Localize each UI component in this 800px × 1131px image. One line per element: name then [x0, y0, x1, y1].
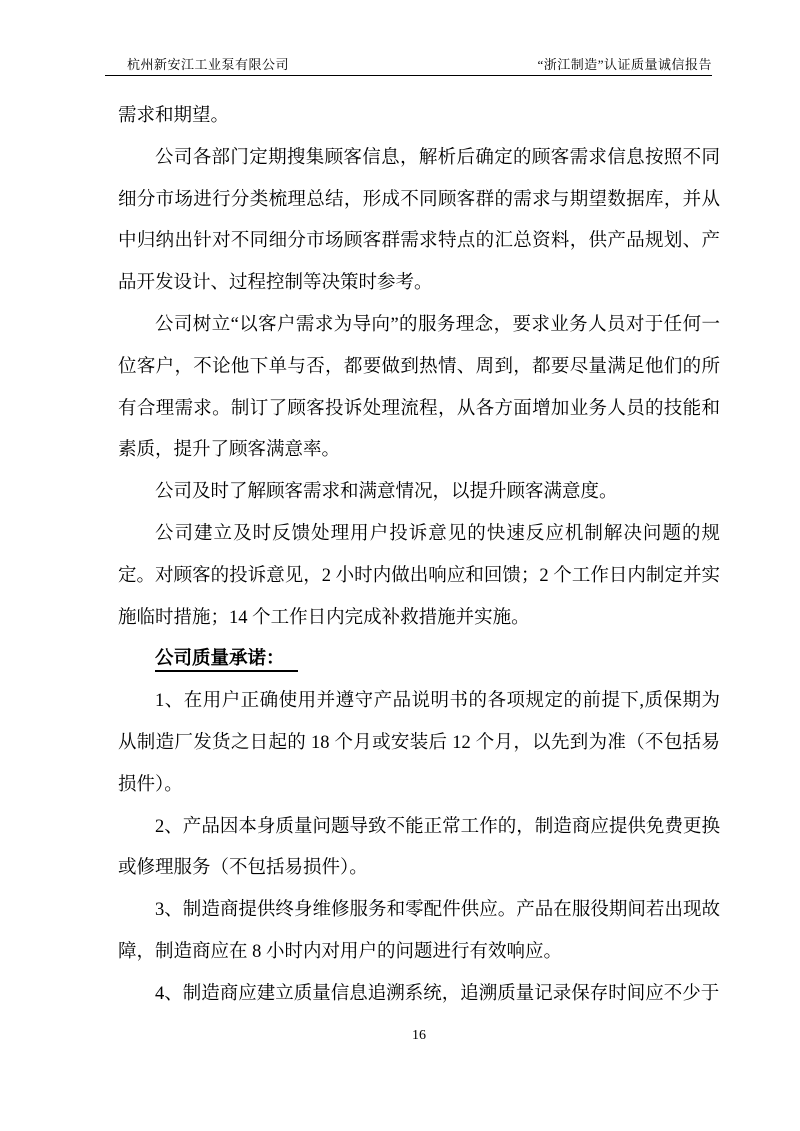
header-report-title: “浙江制造”认证质量诚信报告	[537, 54, 712, 73]
quality-promise-heading-text: 公司质量承诺：	[155, 649, 298, 672]
promise-item: 1、在用户正确使用并遵守产品说明书的各项规定的前提下,质保期为从制造厂发货之日起…	[118, 681, 720, 806]
promise-item: 2、产品因本身质量问题导致不能正常工作的，制造商应提供免费更换或修理服务（不包括…	[118, 807, 720, 891]
paragraph: 公司建立及时反馈处理用户投诉意见的快速反应机制解决问题的规定。对顾客的投诉意见，…	[118, 514, 720, 639]
page-header: 杭州新安江工业泵有限公司 “浙江制造”认证质量诚信报告	[105, 54, 712, 76]
promise-item: 3、制造商提供终身维修服务和零配件供应。产品在服役期间若出现故障，制造商应在 8…	[118, 890, 720, 974]
quality-promise-heading: 公司质量承诺：	[118, 639, 720, 681]
page-footer: 16	[118, 1028, 720, 1044]
page-number: 16	[412, 1028, 426, 1043]
promise-item: 4、制造商应建立质量信息追溯系统，追溯质量记录保存时间应不少于	[118, 974, 720, 1016]
paragraph-continuation: 需求和期望。	[118, 96, 720, 138]
paragraph: 公司树立“以客户需求为导向”的服务理念，要求业务人员对于任何一位客户，不论他下单…	[118, 305, 720, 472]
document-page: 杭州新安江工业泵有限公司 “浙江制造”认证质量诚信报告 需求和期望。 公司各部门…	[0, 0, 800, 1131]
document-body: 需求和期望。 公司各部门定期搜集顾客信息，解析后确定的顾客需求信息按照不同细分市…	[118, 96, 720, 1016]
paragraph: 公司各部门定期搜集顾客信息，解析后确定的顾客需求信息按照不同细分市场进行分类梳理…	[118, 138, 720, 305]
paragraph: 公司及时了解顾客需求和满意情况，以提升顾客满意度。	[118, 472, 720, 514]
header-company-name: 杭州新安江工业泵有限公司	[127, 54, 289, 73]
